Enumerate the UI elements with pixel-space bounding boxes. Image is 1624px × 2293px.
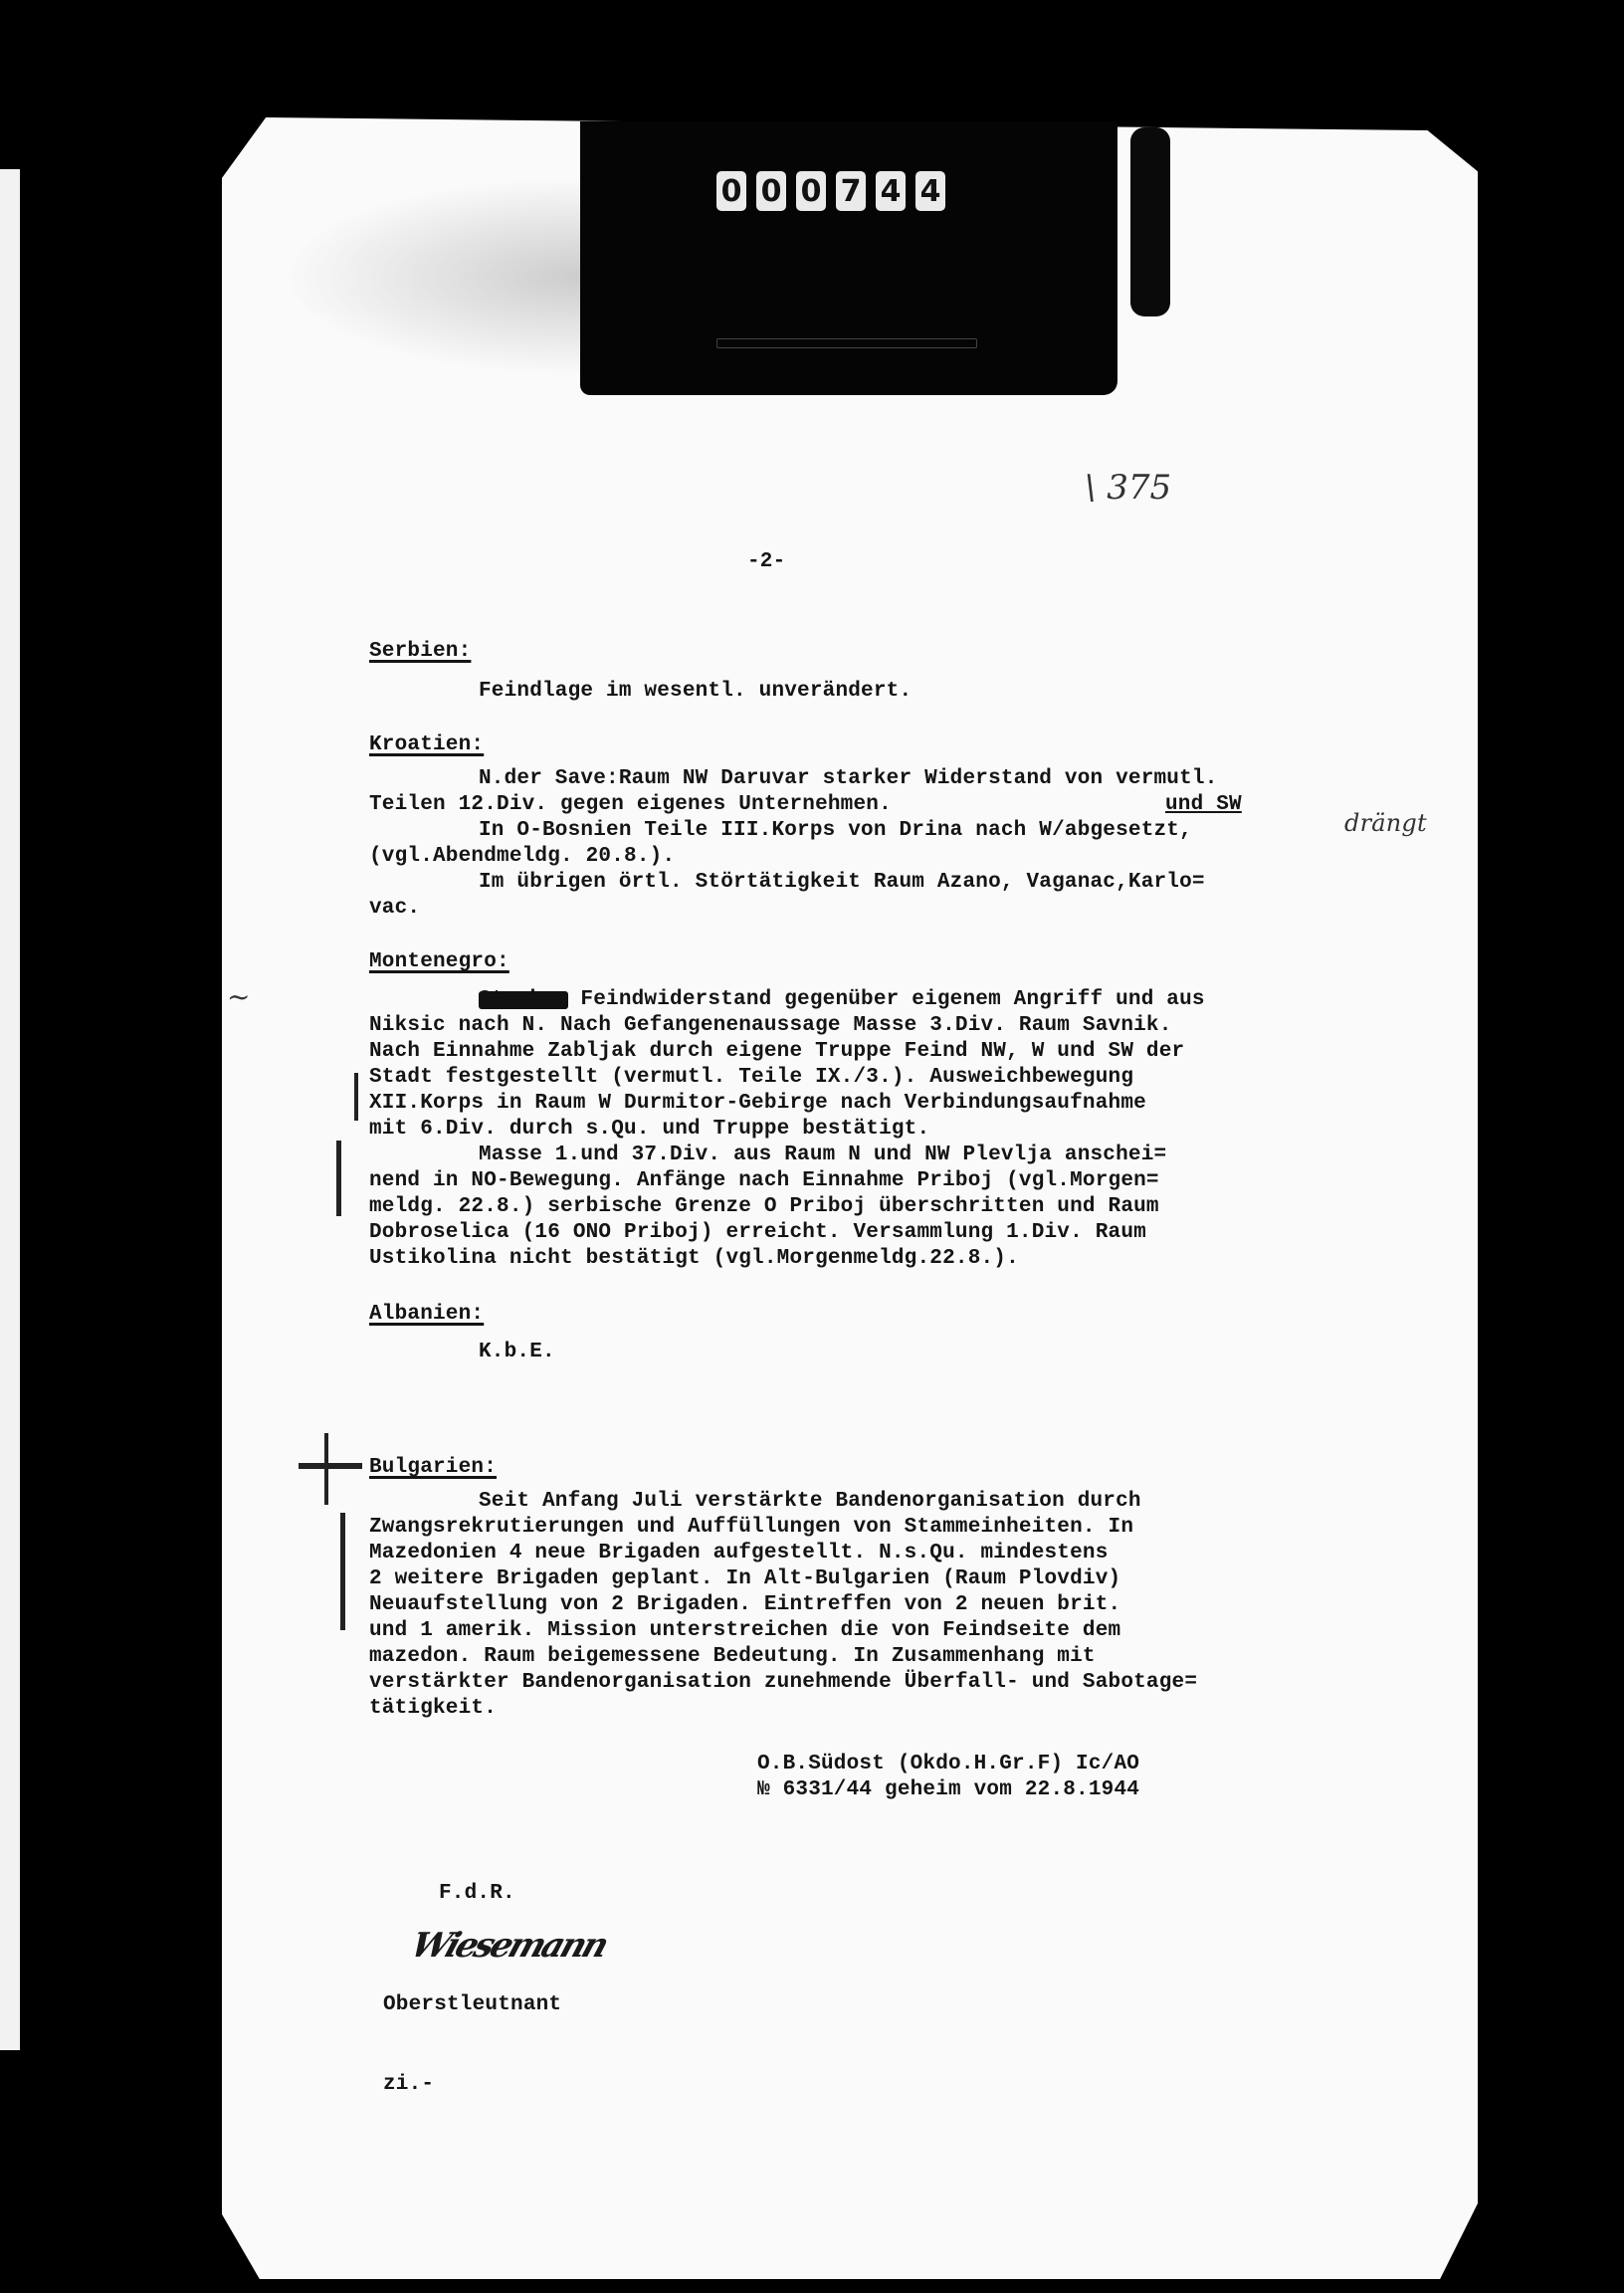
- text-line: 2 weitere Brigaden geplant. In Alt-Bulga…: [369, 1566, 1120, 1592]
- reference-line-2: № 6331/44 geheim vom 22.8.1944: [757, 1777, 1139, 1803]
- fdr-label: F.d.R.: [439, 1881, 515, 1907]
- initials-label: zi.-: [383, 2072, 434, 2098]
- text-line: Im übrigen örtl. Störtätigkeit Raum Azan…: [369, 870, 1205, 896]
- text-line: meldg. 22.8.) serbische Grenze O Priboj …: [369, 1194, 1159, 1220]
- handwritten-correction: drängt: [1344, 810, 1427, 836]
- margin-mark: [354, 1073, 358, 1121]
- frame-counter-slot: [716, 338, 977, 348]
- counter-digit: 0: [716, 171, 746, 211]
- text-line: Neuaufstellung von 2 Brigaden. Eintreffe…: [369, 1592, 1120, 1618]
- text-line: mazedon. Raum beigemessene Bedeutung. In…: [369, 1644, 1096, 1670]
- counter-digit: 0: [796, 171, 826, 211]
- text-line: Zwangsrekrutierungen und Auffüllungen vo…: [369, 1515, 1133, 1541]
- text-line: Ustikolina nicht bestätigt (vgl.Morgenme…: [369, 1246, 1019, 1272]
- section-heading-serbien: Serbien:: [369, 639, 471, 665]
- section-heading-albanien: Albanien:: [369, 1302, 484, 1328]
- text-line: tätigkeit.: [369, 1696, 497, 1722]
- frame-counter-digits: 0 0 0 7 4 4: [716, 171, 945, 211]
- section-heading-montenegro: Montenegro:: [369, 949, 509, 975]
- margin-mark: [336, 1141, 341, 1216]
- struck-word: [479, 991, 568, 1009]
- text-line: XII.Korps in Raum W Durmitor-Gebirge nac…: [369, 1091, 1146, 1117]
- text-line: Stadt festgestellt (vermutl. Teile IX./3…: [369, 1065, 1133, 1091]
- section-heading-kroatien: Kroatien:: [369, 732, 484, 758]
- text-line: Seit Anfang Juli verstärkte Bandenorgani…: [369, 1489, 1141, 1515]
- text-line: N.der Save:Raum NW Daruvar starker Wider…: [369, 766, 1218, 792]
- text-line: nend in NO-Bewegung. Anfänge nach Einnah…: [369, 1168, 1159, 1194]
- text-line: Dobroselica (16 ONO Priboj) erreicht. Ve…: [369, 1220, 1146, 1246]
- section-heading-bulgarien: Bulgarien:: [369, 1455, 497, 1481]
- frame-counter-wheel: [1130, 127, 1170, 316]
- counter-digit: 4: [915, 171, 945, 211]
- text-line: vac.: [369, 896, 420, 922]
- handwritten-insert: und SW: [1165, 792, 1242, 818]
- counter-digit: 0: [756, 171, 786, 211]
- reference-line-1: O.B.Südost (Okdo.H.Gr.F) Ic/AO: [757, 1752, 1139, 1777]
- margin-tilde-mark: ~: [227, 980, 250, 1013]
- text-line: mit 6.Div. durch s.Qu. und Truppe bestät…: [369, 1117, 929, 1143]
- rank-label: Oberstleutnant: [383, 1992, 561, 2018]
- counter-digit: 4: [876, 171, 906, 211]
- text-line: und 1 amerik. Mission unterstreichen die…: [369, 1618, 1120, 1644]
- text-line: Niksic nach N. Nach Gefangenenaussage Ma…: [369, 1013, 1172, 1039]
- margin-cross-mark: [324, 1433, 328, 1505]
- margin-cross-mark: [299, 1463, 362, 1469]
- page-number: -2-: [747, 549, 785, 575]
- text-line: (vgl.Abendmeldg. 20.8.).: [369, 844, 675, 870]
- margin-scribble: \ 375: [1085, 468, 1171, 508]
- margin-mark: [340, 1513, 345, 1630]
- frame-counter-device: [580, 121, 1117, 395]
- adjacent-page-edge: [0, 169, 20, 2050]
- text-line: Feindlage im wesentl. unverändert.: [369, 679, 912, 705]
- counter-digit: 7: [836, 171, 866, 211]
- text-line: Masse 1.und 37.Div. aus Raum N und NW Pl…: [369, 1143, 1166, 1168]
- signature: Wiesemann: [407, 1926, 648, 1962]
- text-line: Nach Einnahme Zabljak durch eigene Trupp…: [369, 1039, 1184, 1065]
- text-line: Teilen 12.Div. gegen eigenes Unternehmen…: [369, 792, 892, 818]
- text-line: Mazedonien 4 neue Brigaden aufgestellt. …: [369, 1541, 1109, 1566]
- text-line: In O-Bosnien Teile III.Korps von Drina n…: [369, 818, 1192, 844]
- text-line: verstärkter Bandenorganisation zunehmend…: [369, 1670, 1197, 1696]
- text-line: K.b.E.: [479, 1340, 555, 1365]
